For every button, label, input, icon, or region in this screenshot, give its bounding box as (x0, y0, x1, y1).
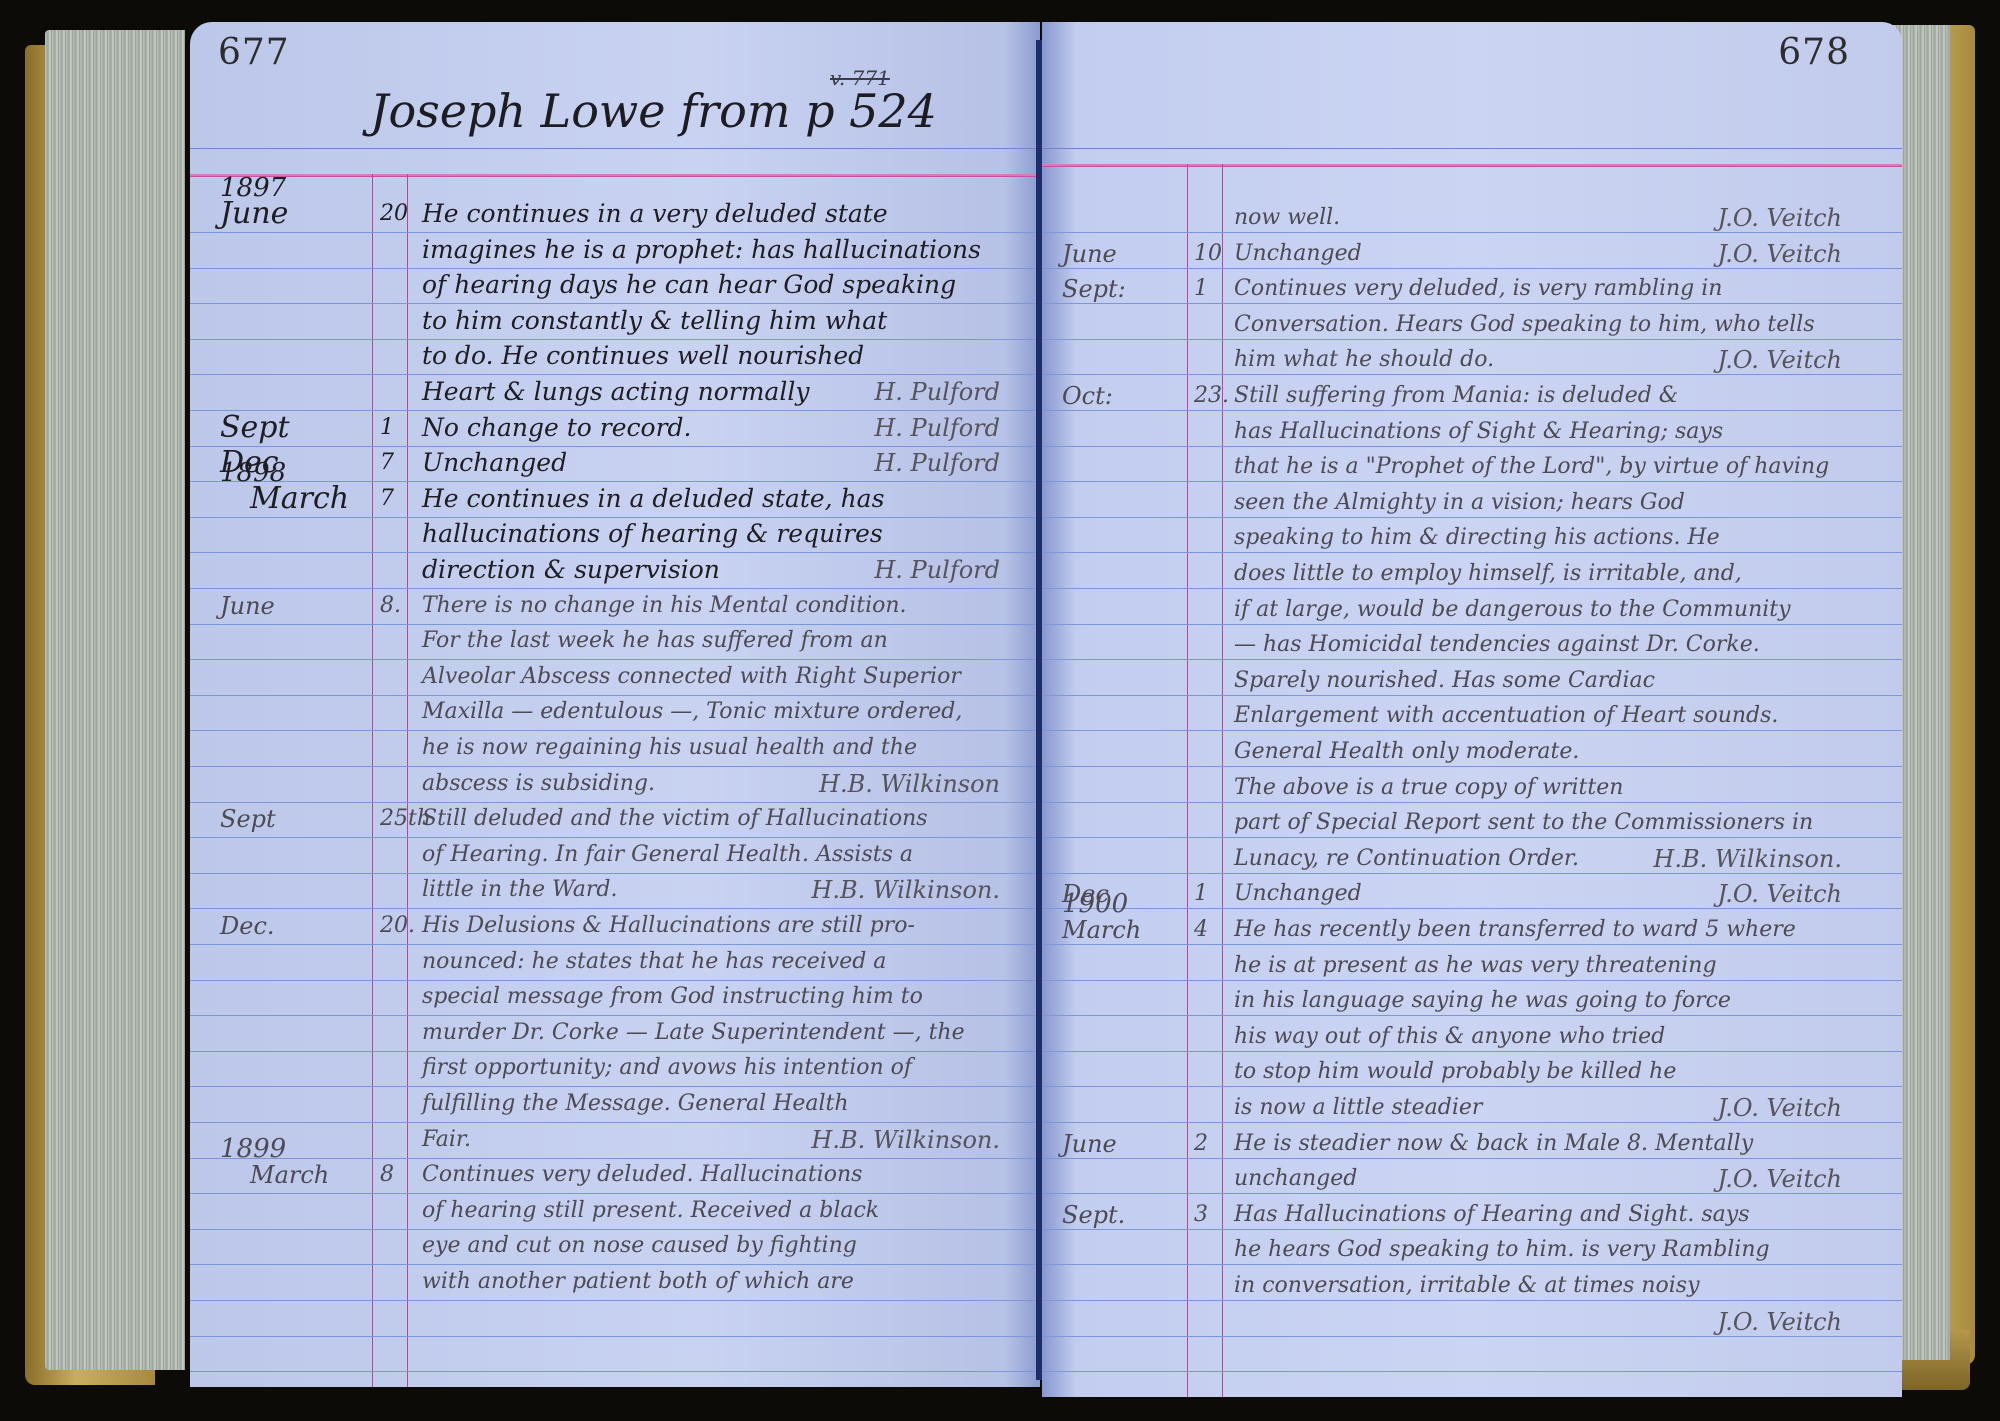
entry-line: General Health only moderate. (1234, 734, 1579, 770)
entry-line: with another patient both of which are (422, 1264, 854, 1300)
ruled-line (1042, 908, 1902, 909)
ruled-line (1042, 1193, 1902, 1194)
entry-month: June (220, 196, 288, 232)
entry-line: him what he should do. (1234, 342, 1494, 378)
ruled-line (1042, 1336, 1902, 1337)
entry-signature: H.B. Wilkinson (819, 770, 1000, 798)
entry-line: Unchanged (1234, 236, 1362, 272)
ruled-line (1042, 232, 1902, 233)
entry-line: of Hearing. In fair General Health. Assi… (422, 837, 913, 873)
entry-line: to him constantly & telling him what (422, 303, 887, 339)
entry-day: 20 (380, 196, 408, 232)
page-number: 678 (1778, 32, 1850, 73)
entry-signature: H. Pulford (874, 449, 1000, 477)
entry-line: Maxilla — edentulous —, Tonic mixture or… (422, 694, 962, 730)
cross-reference: v. 771 (830, 66, 890, 90)
entry-line: hallucinations of hearing & requires (422, 516, 883, 552)
entry-line: He continues in a very deluded state (422, 196, 888, 232)
entry-line: of hearing still present. Received a bla… (422, 1193, 879, 1229)
entry-line: he hears God speaking to him. is very Ra… (1234, 1232, 1770, 1268)
entry-signature: H.B. Wilkinson. (811, 876, 1000, 904)
entry-month: Sept. (1062, 1197, 1125, 1233)
entry-signature: H. Pulford (874, 556, 1000, 584)
entry-signature: H. Pulford (874, 378, 1000, 406)
ruled-line (190, 1122, 1040, 1123)
entry-line: his way out of this & anyone who tried (1234, 1019, 1665, 1055)
entry-line: in his language saying he was going to f… (1234, 983, 1731, 1019)
entry-line: Still suffering from Mania: is deluded & (1234, 378, 1678, 414)
entry-day: 20. (380, 908, 415, 944)
entry-line: Heart & lungs acting normally (422, 374, 809, 410)
entry-line: nounced: he states that he has received … (422, 944, 886, 980)
entry-line: He is steadier now & back in Male 8. Men… (1234, 1126, 1753, 1162)
day-column-divider (1222, 164, 1223, 1397)
entry-line: eye and cut on nose caused by fighting (422, 1228, 857, 1264)
entry-month: Oct: (1062, 378, 1113, 414)
entry-line: Alveolar Abscess connected with Right Su… (422, 659, 961, 695)
entry-month: Dec. (220, 908, 275, 944)
entry-signature: J.O. Veitch (1718, 1094, 1842, 1122)
ruled-line (190, 1336, 1040, 1337)
ruled-line (190, 1371, 1040, 1372)
entry-line: he is now regaining his usual health and… (422, 730, 917, 766)
entry-day: 8. (380, 588, 401, 624)
entry-line: that he is a "Prophet of the Lord", by v… (1234, 449, 1829, 485)
entry-line: Fair. (422, 1122, 471, 1158)
entry-month: March (250, 481, 349, 517)
entry-line: seen the Almighty in a vision; hears God (1234, 485, 1685, 521)
entry-line: first opportunity; and avows his intenti… (422, 1050, 912, 1086)
entry-line: little in the Ward. (422, 872, 617, 908)
entry-month: Sept: (1062, 271, 1126, 307)
entry-line: direction & supervision (422, 552, 720, 588)
entry-line: if at large, would be dangerous to the C… (1234, 592, 1791, 628)
entry-day: 8 (380, 1157, 394, 1193)
header-red-rule (1042, 164, 1902, 167)
entry-line: has Hallucinations of Sight & Hearing; s… (1234, 414, 1723, 450)
entry-line: Conversation. Hears God speaking to him,… (1234, 307, 1815, 343)
entry-day: 7 (380, 445, 394, 481)
entry-line: Still deluded and the victim of Hallucin… (422, 801, 928, 837)
entry-month: June (220, 588, 275, 624)
entry-line: Unchanged (422, 445, 567, 481)
entry-line: of hearing days he can hear God speaking (422, 267, 956, 303)
patient-heading: Joseph Lowe from p 524 (370, 84, 937, 138)
entry-day: 10 (1194, 236, 1222, 272)
right-page: 678 now well.J.O. VeitchJune10UnchangedJ… (1042, 22, 1902, 1397)
entry-day: 4 (1194, 912, 1208, 948)
entry-line: No change to record. (422, 410, 691, 446)
entry-line: does little to employ himself, is irrita… (1234, 556, 1742, 592)
entry-day: 23. (1194, 378, 1229, 414)
entry-signature: J.O. Veitch (1718, 1165, 1842, 1193)
entry-month: March (1062, 912, 1141, 948)
date-column-divider (1187, 164, 1188, 1397)
entry-day: 3 (1194, 1197, 1208, 1233)
entry-signature: J.O. Veitch (1718, 880, 1842, 908)
ruled-line (1042, 268, 1902, 269)
header-rule (190, 148, 1040, 149)
day-column-divider (407, 174, 408, 1387)
entry-line: There is no change in his Mental conditi… (422, 588, 907, 624)
entry-day: 2 (1194, 1126, 1208, 1162)
entry-signature: H. Pulford (874, 414, 1000, 442)
entry-line: Sparely nourished. Has some Cardiac (1234, 663, 1655, 699)
entry-line: now well. (1234, 200, 1340, 236)
ruled-line (190, 446, 1040, 447)
entry-signature: J.O. Veitch (1718, 240, 1842, 268)
entry-day: 1 (1194, 271, 1208, 307)
entry-line: imagines he is a prophet: has hallucinat… (422, 232, 981, 268)
entry-line: For the last week he has suffered from a… (422, 623, 888, 659)
entry-line: murder Dr. Corke — Late Superintendent —… (422, 1015, 965, 1051)
entry-line: speaking to him & directing his actions.… (1234, 520, 1720, 556)
entry-line: in conversation, irritable & at times no… (1234, 1268, 1700, 1304)
entry-line: to do. He continues well nourished (422, 338, 864, 374)
entry-line: he is at present as he was very threaten… (1234, 948, 1717, 984)
ruled-line (190, 1300, 1040, 1301)
entry-signature: J.O. Veitch (1718, 204, 1842, 232)
date-column-divider (372, 174, 373, 1387)
entry-line: He continues in a deluded state, has (422, 481, 884, 517)
entry-line: Continues very deluded, is very rambling… (1234, 271, 1722, 307)
entry-line: fulfilling the Message. General Health (422, 1086, 849, 1122)
entry-day: 1 (380, 410, 394, 446)
entry-line: Lunacy, re Continuation Order. (1234, 841, 1579, 877)
entry-line: abscess is subsiding. (422, 766, 655, 802)
entry-line: unchanged (1234, 1161, 1357, 1197)
entry-day: 7 (380, 481, 394, 517)
entry-month: Sept (220, 801, 276, 837)
header-red-rule (190, 174, 1040, 177)
entry-signature: H.B. Wilkinson. (1653, 845, 1842, 873)
entry-line: Unchanged (1234, 876, 1362, 912)
entry-line: He has recently been transferred to ward… (1234, 912, 1796, 948)
entry-line: Enlargement with accentuation of Heart s… (1234, 698, 1778, 734)
entry-month: Sept (220, 410, 290, 446)
entry-line: Continues very deluded. Hallucinations (422, 1157, 862, 1193)
entry-line: to stop him would probably be killed he (1234, 1054, 1676, 1090)
entry-line: His Delusions & Hallucinations are still… (422, 908, 915, 944)
entry-month: June (1062, 1126, 1117, 1162)
header-rule (1042, 148, 1902, 149)
entry-line: — has Homicidal tendencies against Dr. C… (1234, 627, 1760, 663)
ruled-line (1042, 1371, 1902, 1372)
entry-day: 1 (1194, 876, 1208, 912)
entry-line: The above is a true copy of written (1234, 770, 1623, 806)
page-number: 677 (218, 32, 290, 73)
entry-month: June (1062, 236, 1117, 272)
entry-signature: H.B. Wilkinson. (811, 1126, 1000, 1154)
entry-line: is now a little steadier (1234, 1090, 1482, 1126)
entry-signature: J.O. Veitch (1718, 346, 1842, 374)
entry-line: special message from God instructing him… (422, 979, 923, 1015)
page-edges-left (45, 30, 185, 1370)
entry-line: Has Hallucinations of Hearing and Sight.… (1234, 1197, 1750, 1233)
left-page: 677 Joseph Lowe from p 524 v. 771 1897Ju… (190, 22, 1040, 1387)
entry-line: part of Special Report sent to the Commi… (1234, 805, 1813, 841)
entry-signature: J.O. Veitch (1718, 1308, 1842, 1336)
entry-month: March (250, 1157, 329, 1193)
